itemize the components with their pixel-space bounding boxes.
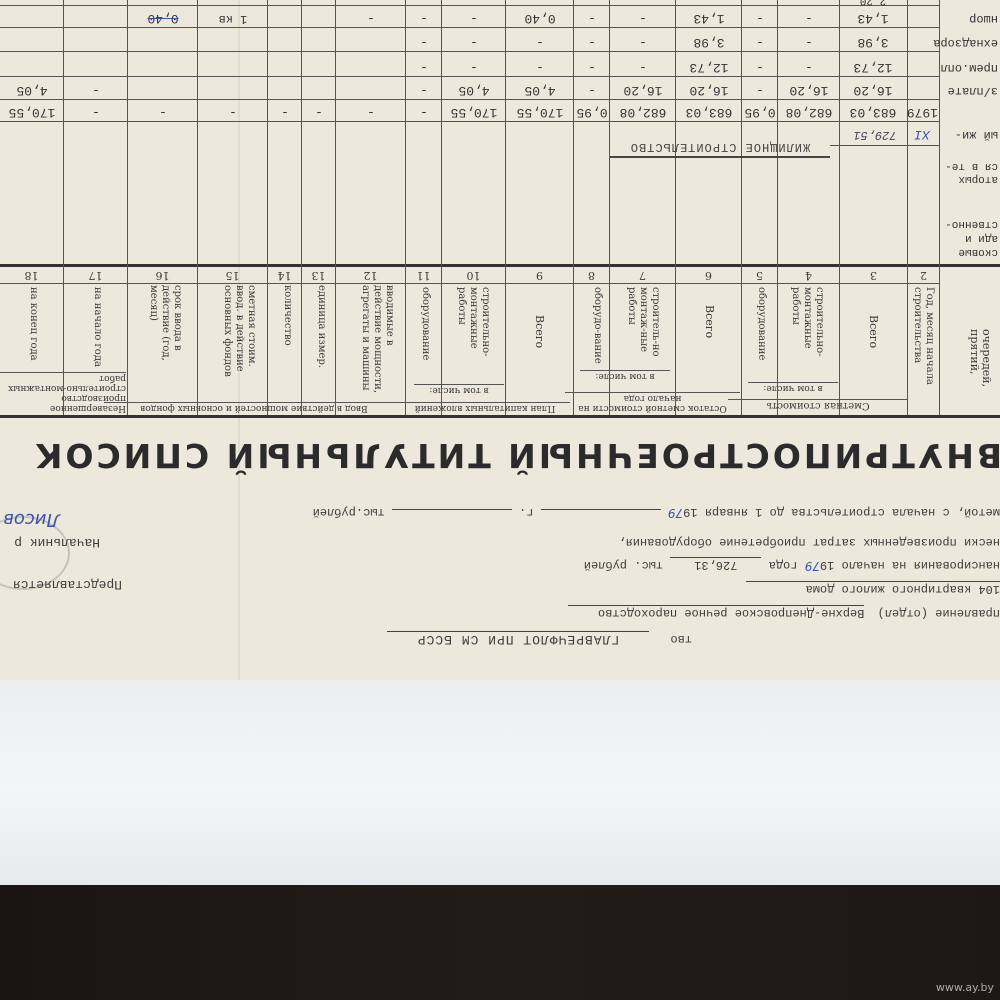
- column-12: вводимые в действие мощности, агрегаты и…: [336, 267, 406, 415]
- table-header: прятий, очередей, Год, месяц начала стро…: [0, 264, 1000, 418]
- department-line: правление (отдел) Верхне-Днепровское реч…: [0, 605, 1000, 620]
- column-3: Всего 3: [840, 267, 908, 415]
- column-4: строительно-монтажные работы 4: [778, 267, 840, 415]
- department-value: Верхне-Днепровское речное пароходство: [568, 605, 864, 620]
- ministry-value: ГЛАВРЕЧФЛОТ ПРИ СМ БССР: [387, 631, 649, 647]
- column-16: срок ввода в действие (год, месяц) 16: [128, 267, 198, 415]
- table-body: сковые ади и ственно- аторых ся в те- ЖИ…: [0, 0, 1000, 270]
- section-stamp: ЖИЛИЩНОЕ СТРОИТЕЛЬСТВО: [610, 140, 830, 158]
- row-month-hand: XI: [908, 127, 936, 142]
- column-2: Год, месяц начала строительства 2: [908, 267, 940, 415]
- financing-line: нансирования на начало 1979 года 726,31 …: [584, 557, 1000, 573]
- dark-floor: [0, 885, 1000, 1000]
- struck-value: 0,40: [128, 11, 198, 26]
- column-11: оборудование 11: [406, 267, 442, 415]
- object-value: 104 квартирного жилого дома: [746, 581, 1000, 596]
- ministry-line: тво ГЛАВРЕЧФЛОТ ПРИ СМ БССР: [387, 631, 692, 647]
- column-5: оборудование 5: [742, 267, 778, 415]
- column-10: строительно-монтажные работы 10: [442, 267, 506, 415]
- column-18: на конец года 18: [0, 267, 64, 415]
- column-17: на начало года 17: [64, 267, 128, 415]
- financing-amount: 726,31: [670, 557, 761, 572]
- object-line: 104 квартирного жилого дома: [746, 581, 1000, 596]
- column-15: сметная стоим. ввод. в действие основных…: [198, 267, 268, 415]
- column-14: количество 14: [268, 267, 302, 415]
- document-title: ВНУТРИПОСТРОЕЧНЫЙ ТИТУЛЬНЫЙ СПИСОК на 19…: [2, 436, 1000, 475]
- column-7: строитель-но монтаж-ные работы 7: [610, 267, 676, 415]
- watermark: www.ay.by: [936, 981, 994, 994]
- column-6: Всего 6: [676, 267, 742, 415]
- since-start-line: метой, с начала строительства до 1 январ…: [313, 505, 1000, 520]
- document-sheet: тво ГЛАВРЕЧФЛОТ ПРИ СМ БССР правление (о…: [0, 0, 1000, 680]
- column-stub: прятий, очередей,: [940, 267, 1000, 415]
- column-13: единица измер. 13: [302, 267, 336, 415]
- column-9: Всего 9: [506, 267, 574, 415]
- column-8: оборудо-вание 8: [574, 267, 610, 415]
- costs-line: нески произведенных затрат приобретение …: [618, 535, 1000, 549]
